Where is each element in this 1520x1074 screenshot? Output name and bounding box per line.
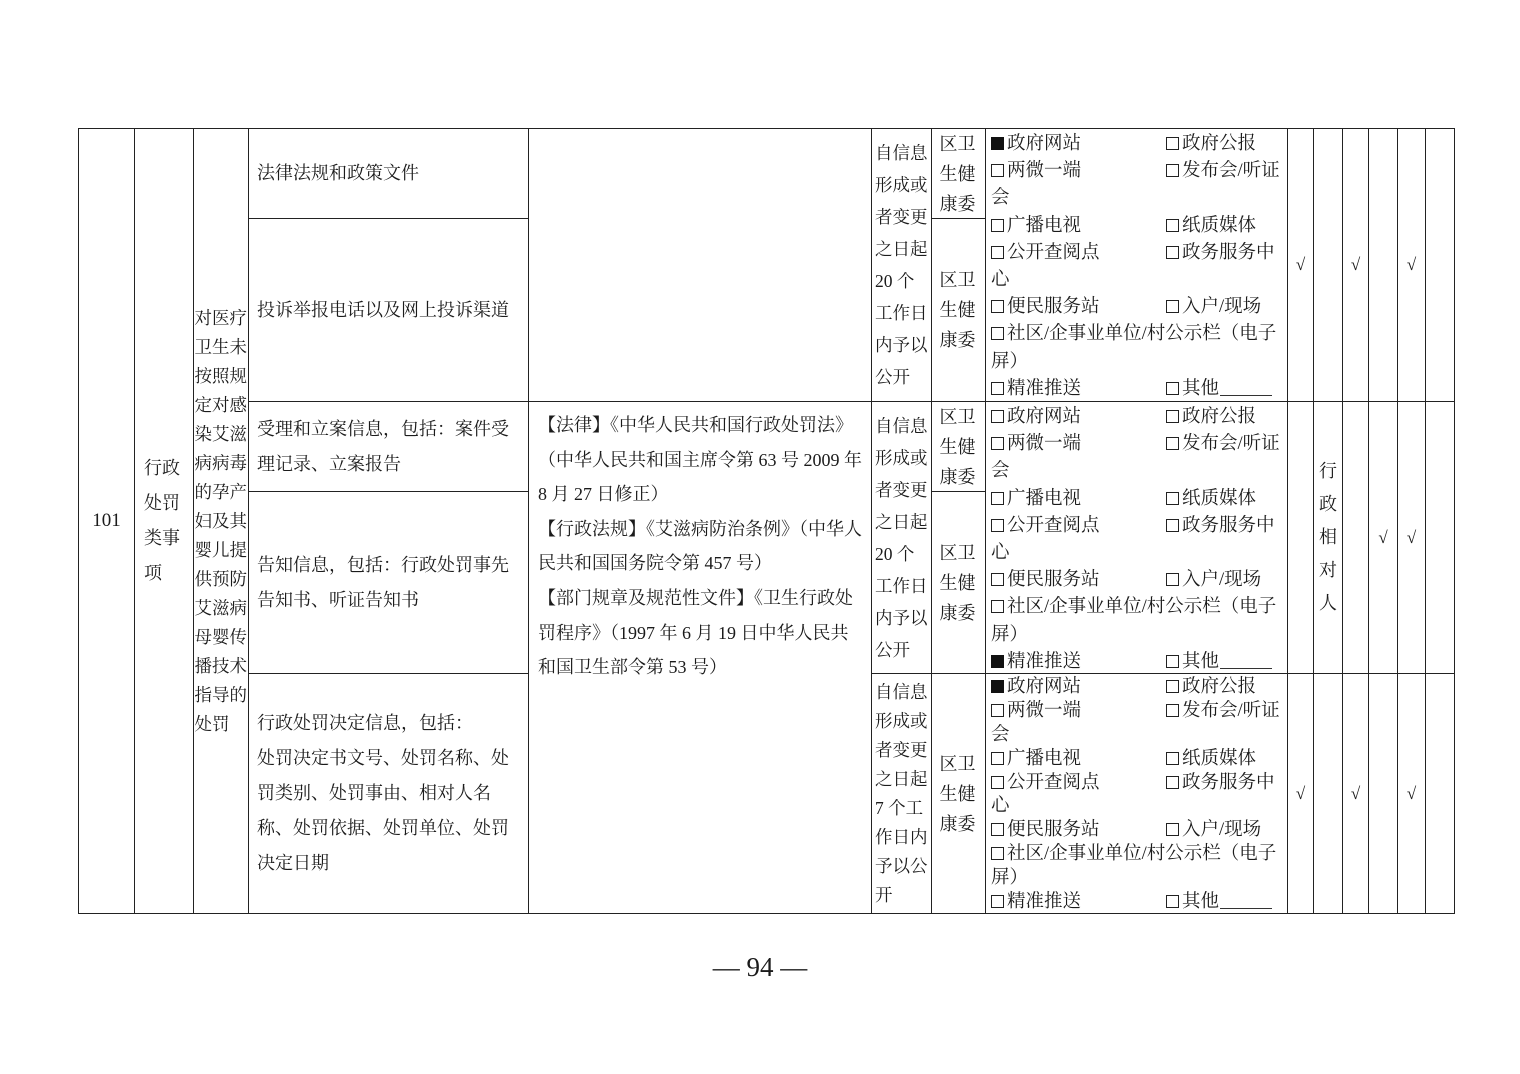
- checkbox-empty-icon: [991, 600, 1004, 613]
- channel-option: 入户/现场: [1166, 567, 1261, 594]
- checkbox-empty-icon: [1166, 752, 1179, 765]
- mark-cell: 行政相对人: [1314, 402, 1343, 674]
- checkmark: √: [1407, 784, 1416, 804]
- checkbox-empty-icon: [991, 895, 1004, 908]
- channel-option-continuation: 屏）: [991, 352, 1028, 372]
- content-text: 受理和立案信息，包括：案件受理记录、立案报告: [257, 412, 520, 482]
- checkbox-checked-icon: [991, 137, 1004, 150]
- channel-option: 其他: [1166, 649, 1272, 674]
- channel-option: 政府网站: [991, 134, 1081, 154]
- checkbox-empty-icon: [991, 382, 1004, 395]
- time-limit-text: 自信息形成或者变更之日起 20 个工作日内予以公开: [875, 410, 931, 666]
- channel-line: 精准推送其他: [991, 649, 1287, 674]
- checkbox-empty-icon: [1166, 680, 1179, 693]
- channel-option-label: 社区/企事业单位/村公示栏（电子: [1007, 597, 1276, 617]
- channel-option-label: 政府网站: [1007, 134, 1081, 154]
- channel-line: 两微一端发布会/听证: [991, 158, 1287, 185]
- channel-option: 便民服务站: [991, 297, 1100, 317]
- channel-option: 两微一端: [991, 701, 1081, 721]
- channel-line: 心: [991, 540, 1287, 567]
- mark-cell: √: [1398, 674, 1426, 913]
- page-number: — 94 —: [0, 952, 1520, 983]
- unit-cell-4: 区卫生健康委: [932, 492, 986, 674]
- channel-option-continuation: 屏）: [991, 868, 1028, 888]
- unit-text: 区卫生健康委: [940, 538, 978, 628]
- channel-option: 政府网站: [991, 407, 1081, 427]
- time-limit-text: 自信息形成或者变更之日起 7 个工作日内予以公开: [875, 678, 931, 910]
- channel-option-label: 广播电视: [1007, 489, 1081, 509]
- seq-number: 101: [92, 510, 121, 532]
- channel-option: 政府公报: [1166, 676, 1256, 700]
- checkbox-empty-icon: [991, 410, 1004, 423]
- channel-option-continuation: 心: [991, 270, 1010, 290]
- mark-cell: [1369, 129, 1398, 402]
- channel-option-label: 其他: [1182, 652, 1219, 672]
- channel-option-label: 公开查阅点: [1007, 243, 1100, 263]
- checkmark: √: [1407, 528, 1416, 548]
- content-cell-2: 投诉举报电话以及网上投诉渠道: [249, 219, 529, 402]
- checkbox-empty-icon: [1166, 382, 1179, 395]
- checkmark: √: [1296, 784, 1305, 804]
- channel-option-continuation: 会: [991, 188, 1010, 208]
- channel-option-label: 两微一端: [1007, 161, 1081, 181]
- checkbox-empty-icon: [1166, 573, 1179, 586]
- channel-option: 政府公报: [1166, 404, 1256, 431]
- channel-line: 广播电视纸质媒体: [991, 213, 1287, 240]
- unit-cell-5: 区卫生健康委: [932, 674, 986, 913]
- mark-cell: √: [1398, 402, 1426, 674]
- channel-line: 心: [991, 795, 1287, 819]
- channel-option-label: 两微一端: [1007, 434, 1081, 454]
- checkbox-empty-icon: [991, 573, 1004, 586]
- channel-option: 入户/现场: [1166, 294, 1261, 321]
- channel-option: 精准推送: [991, 379, 1081, 399]
- checkbox-empty-icon: [1166, 823, 1179, 836]
- checkbox-empty-icon: [1166, 410, 1179, 423]
- channel-option-label: 屏）: [991, 868, 1028, 888]
- channels-cell-1: 政府网站政府公报两微一端发布会/听证会广播电视纸质媒体公开查阅点政务服务中心便民…: [986, 129, 1288, 402]
- channel-line: 精准推送其他: [991, 376, 1287, 402]
- channel-option: 两微一端: [991, 161, 1081, 181]
- channel-line: 便民服务站入户/现场: [991, 294, 1287, 321]
- channel-option-continuation: 心: [991, 796, 1010, 816]
- checkbox-empty-icon: [1166, 437, 1179, 450]
- checkbox-empty-icon: [991, 752, 1004, 765]
- channel-option: 两微一端: [991, 434, 1081, 454]
- channel-option-label: 政务服务中: [1182, 516, 1275, 536]
- channel-option-continuation: 会: [991, 725, 1010, 745]
- time-limit-cell-2: 自信息形成或者变更之日起 20 个工作日内予以公开: [872, 402, 932, 674]
- checkmark: √: [1378, 528, 1387, 548]
- channel-line: 心: [991, 267, 1287, 294]
- content-cell-3: 受理和立案信息，包括：案件受理记录、立案报告: [249, 402, 529, 492]
- channel-option-label: 纸质媒体: [1182, 216, 1256, 236]
- checkmark: √: [1407, 255, 1416, 275]
- channel-option: 公开查阅点: [991, 243, 1100, 263]
- channel-option-label: 会: [991, 461, 1010, 481]
- channel-option-label: 社区/企事业单位/村公示栏（电子: [1007, 844, 1276, 864]
- mark-cell: √: [1288, 674, 1314, 913]
- channel-option-label: 两微一端: [1007, 701, 1081, 721]
- category-cell: 行政处罚类事项: [135, 129, 194, 913]
- checkbox-checked-icon: [991, 655, 1004, 668]
- channel-option-label: 会: [991, 188, 1010, 208]
- channel-option-label: 精准推送: [1007, 892, 1081, 912]
- channel-option: 精准推送: [991, 892, 1081, 912]
- channel-option: 发布会/听证: [1166, 158, 1280, 185]
- mark-vertical-label: 行政相对人: [1318, 455, 1338, 620]
- channel-line: 公开查阅点政务服务中: [991, 772, 1287, 796]
- checkbox-empty-icon: [991, 437, 1004, 450]
- channel-option-label: 会: [991, 725, 1010, 745]
- checkbox-empty-icon: [1166, 300, 1179, 313]
- channel-line: 会: [991, 185, 1287, 212]
- checkbox-empty-icon: [991, 219, 1004, 232]
- channel-option-label: 公开查阅点: [1007, 516, 1100, 536]
- item-name-cell: 对医疗卫生未按照规定对感染艾滋病病毒的孕产妇及其婴儿提供预防艾滋病母婴传播技术指…: [194, 129, 249, 913]
- channel-option-label: 政府公报: [1182, 134, 1256, 154]
- channel-option: 便民服务站: [991, 570, 1100, 590]
- channel-option-label: 便民服务站: [1007, 297, 1100, 317]
- channel-option-label: 便民服务站: [1007, 570, 1100, 590]
- mark-cell: [1369, 674, 1398, 913]
- channel-option-label: 发布会/听证: [1182, 434, 1280, 454]
- mark-cell: [1314, 129, 1343, 402]
- checkbox-empty-icon: [991, 776, 1004, 789]
- channel-option: 纸质媒体: [1166, 486, 1256, 513]
- blank-underline: [1220, 654, 1272, 669]
- content-cell-4: 告知信息，包括：行政处罚事先告知书、听证告知书: [249, 492, 529, 674]
- content-text: 行政处罚决定信息，包括： 处罚决定书文号、处罚名称、处罚类别、处罚事由、相对人名…: [257, 706, 520, 881]
- content-text: 法律法规和政策文件: [257, 156, 419, 191]
- checkbox-empty-icon: [1166, 704, 1179, 717]
- checkmark: √: [1351, 784, 1360, 804]
- unit-text: 区卫生健康委: [940, 129, 978, 219]
- channel-line: 便民服务站入户/现场: [991, 567, 1287, 594]
- mark-cell: [1343, 402, 1369, 674]
- channel-option-continuation: 屏）: [991, 625, 1028, 645]
- channel-option-label: 精准推送: [1007, 379, 1081, 399]
- channel-option-label: 社区/企事业单位/村公示栏（电子: [1007, 324, 1276, 344]
- channel-option: 便民服务站: [991, 820, 1100, 840]
- mark-cell: √: [1398, 129, 1426, 402]
- mark-cell: [1314, 674, 1343, 913]
- channel-option-label: 心: [991, 796, 1010, 816]
- checkbox-empty-icon: [991, 704, 1004, 717]
- unit-cell-3: 区卫生健康委: [932, 402, 986, 492]
- mark-cell: [1426, 402, 1454, 674]
- channel-option-label: 纸质媒体: [1182, 749, 1256, 769]
- channel-option-label: 心: [991, 270, 1010, 290]
- channel-option-label: 入户/现场: [1182, 570, 1261, 590]
- channel-option-label: 精准推送: [1007, 652, 1081, 672]
- channel-option-label: 入户/现场: [1182, 820, 1261, 840]
- channel-option-label: 政务服务中: [1182, 773, 1275, 793]
- unit-text: 区卫生健康委: [940, 265, 978, 355]
- unit-text: 区卫生健康委: [940, 749, 978, 839]
- channel-line: 公开查阅点政务服务中: [991, 513, 1287, 540]
- mark-cell: √: [1343, 674, 1369, 913]
- channel-option: 社区/企事业单位/村公示栏（电子: [991, 597, 1276, 617]
- channel-option: 纸质媒体: [1166, 213, 1256, 240]
- checkbox-empty-icon: [1166, 655, 1179, 668]
- content-text: 告知信息，包括：行政处罚事先告知书、听证告知书: [257, 548, 520, 618]
- channel-line: 政府网站政府公报: [991, 404, 1287, 431]
- mark-cell: [1426, 129, 1454, 402]
- channel-option-label: 屏）: [991, 352, 1028, 372]
- channel-option: 公开查阅点: [991, 516, 1100, 536]
- checkbox-empty-icon: [991, 823, 1004, 836]
- legal-basis-cell: 【法律】《中华人民共和国行政处罚法》（中华人民共和国主席令第 63 号 2009…: [529, 402, 872, 913]
- channel-option-label: 纸质媒体: [1182, 489, 1256, 509]
- channel-line: 精准推送其他: [991, 891, 1287, 913]
- channel-option-label: 其他: [1182, 379, 1219, 399]
- channel-option-label: 发布会/听证: [1182, 701, 1280, 721]
- checkbox-empty-icon: [991, 300, 1004, 313]
- channel-option: 公开查阅点: [991, 773, 1100, 793]
- content-cell-1: 法律法规和政策文件: [249, 129, 529, 219]
- checkbox-empty-icon: [1166, 519, 1179, 532]
- channel-option: 社区/企事业单位/村公示栏（电子: [991, 324, 1276, 344]
- checkbox-empty-icon: [1166, 776, 1179, 789]
- channel-line: 政府网站政府公报: [991, 676, 1287, 700]
- channel-line: 广播电视纸质媒体: [991, 748, 1287, 772]
- checkbox-empty-icon: [991, 164, 1004, 177]
- document-page: 101 行政处罚类事项 对医疗卫生未按照规定对感染艾滋病病毒的孕产妇及其婴儿提供…: [0, 0, 1520, 1074]
- channel-option: 纸质媒体: [1166, 748, 1256, 772]
- checkbox-empty-icon: [1166, 137, 1179, 150]
- channel-option: 政务服务中: [1166, 240, 1275, 267]
- checkbox-empty-icon: [1166, 164, 1179, 177]
- channel-option-label: 公开查阅点: [1007, 773, 1100, 793]
- content-cell-5: 行政处罚决定信息，包括： 处罚决定书文号、处罚名称、处罚类别、处罚事由、相对人名…: [249, 674, 529, 913]
- channel-line: 两微一端发布会/听证: [991, 700, 1287, 724]
- channel-option: 政府网站: [991, 677, 1081, 697]
- channel-option: 入户/现场: [1166, 819, 1261, 843]
- channel-option-label: 入户/现场: [1182, 297, 1261, 317]
- channel-option: 政务服务中: [1166, 513, 1275, 540]
- checkbox-empty-icon: [991, 327, 1004, 340]
- time-limit-cell-3: 自信息形成或者变更之日起 7 个工作日内予以公开: [872, 674, 932, 913]
- channel-line: 会: [991, 458, 1287, 485]
- checkbox-empty-icon: [991, 519, 1004, 532]
- checkbox-checked-icon: [991, 680, 1004, 693]
- unit-text: 区卫生健康委: [940, 402, 978, 492]
- unit-cell-1: 区卫生健康委: [932, 129, 986, 219]
- channel-option-label: 政府网站: [1007, 677, 1081, 697]
- content-text: 投诉举报电话以及网上投诉渠道: [257, 293, 509, 328]
- channel-line: 屏）: [991, 349, 1287, 376]
- mark-cell: √: [1288, 129, 1314, 402]
- channel-option: 其他: [1166, 376, 1272, 402]
- checkbox-empty-icon: [991, 246, 1004, 259]
- channel-line: 屏）: [991, 867, 1287, 891]
- checkbox-empty-icon: [1166, 492, 1179, 505]
- checkbox-empty-icon: [991, 847, 1004, 860]
- blank-underline: [1220, 894, 1272, 909]
- category-label: 行政处罚类事项: [144, 451, 184, 591]
- channel-option: 广播电视: [991, 489, 1081, 509]
- legal-basis-text: 【法律】《中华人民共和国行政处罚法》（中华人民共和国主席令第 63 号 2009…: [538, 408, 863, 685]
- channel-option-label: 屏）: [991, 625, 1028, 645]
- channels-cell-2: 政府网站政府公报两微一端发布会/听证会广播电视纸质媒体公开查阅点政务服务中心便民…: [986, 402, 1288, 674]
- checkbox-empty-icon: [991, 492, 1004, 505]
- channel-option: 发布会/听证: [1166, 700, 1280, 724]
- channel-line: 社区/企事业单位/村公示栏（电子: [991, 321, 1287, 348]
- channel-option-label: 心: [991, 543, 1010, 563]
- unit-cell-2: 区卫生健康委: [932, 219, 986, 402]
- channel-line: 政府网站政府公报: [991, 131, 1287, 158]
- channel-option-label: 政务服务中: [1182, 243, 1275, 263]
- mark-cell: [1426, 674, 1454, 913]
- blank-underline: [1220, 381, 1272, 396]
- channel-option-label: 发布会/听证: [1182, 161, 1280, 181]
- disclosure-table: 101 行政处罚类事项 对医疗卫生未按照规定对感染艾滋病病毒的孕产妇及其婴儿提供…: [78, 128, 1455, 914]
- channels-cell-3: 政府网站政府公报两微一端发布会/听证会广播电视纸质媒体公开查阅点政务服务中心便民…: [986, 674, 1288, 913]
- channel-option-label: 其他: [1182, 892, 1219, 912]
- channel-option-label: 政府公报: [1182, 677, 1256, 697]
- channel-line: 会: [991, 724, 1287, 748]
- channel-option: 广播电视: [991, 749, 1081, 769]
- seq-number-cell: 101: [79, 129, 135, 913]
- mark-cell: [1288, 402, 1314, 674]
- checkbox-empty-icon: [1166, 246, 1179, 259]
- channel-option-label: 广播电视: [1007, 216, 1081, 236]
- channel-option: 社区/企事业单位/村公示栏（电子: [991, 844, 1276, 864]
- channel-line: 屏）: [991, 622, 1287, 649]
- channel-option: 广播电视: [991, 216, 1081, 236]
- channel-option-label: 广播电视: [1007, 749, 1081, 769]
- checkmark: √: [1296, 255, 1305, 275]
- channel-option: 其他: [1166, 891, 1272, 913]
- checkbox-empty-icon: [1166, 219, 1179, 232]
- channel-line: 社区/企事业单位/村公示栏（电子: [991, 594, 1287, 621]
- channel-line: 公开查阅点政务服务中: [991, 240, 1287, 267]
- channel-option-label: 便民服务站: [1007, 820, 1100, 840]
- channel-line: 两微一端发布会/听证: [991, 431, 1287, 458]
- channel-line: 社区/企事业单位/村公示栏（电子: [991, 843, 1287, 867]
- checkmark: √: [1351, 255, 1360, 275]
- channel-option: 政府公报: [1166, 131, 1256, 158]
- item-name: 对医疗卫生未按照规定对感染艾滋病病毒的孕产妇及其婴儿提供预防艾滋病母婴传播技术指…: [195, 304, 248, 739]
- channel-line: 便民服务站入户/现场: [991, 819, 1287, 843]
- time-limit-cell-1: 自信息形成或者变更之日起 20 个工作日内予以公开: [872, 129, 932, 402]
- checkbox-empty-icon: [1166, 895, 1179, 908]
- channel-option: 发布会/听证: [1166, 431, 1280, 458]
- channel-line: 广播电视纸质媒体: [991, 486, 1287, 513]
- channel-option: 精准推送: [991, 652, 1081, 672]
- channel-option-label: 政府公报: [1182, 407, 1256, 427]
- mark-cell: √: [1369, 402, 1398, 674]
- legal-basis-empty-cell: [529, 129, 872, 402]
- mark-cell: √: [1343, 129, 1369, 402]
- channel-option-label: 政府网站: [1007, 407, 1081, 427]
- channel-option-continuation: 心: [991, 543, 1010, 563]
- time-limit-text: 自信息形成或者变更之日起 20 个工作日内予以公开: [875, 137, 931, 393]
- channel-option-continuation: 会: [991, 461, 1010, 481]
- channel-option: 政务服务中: [1166, 772, 1275, 796]
